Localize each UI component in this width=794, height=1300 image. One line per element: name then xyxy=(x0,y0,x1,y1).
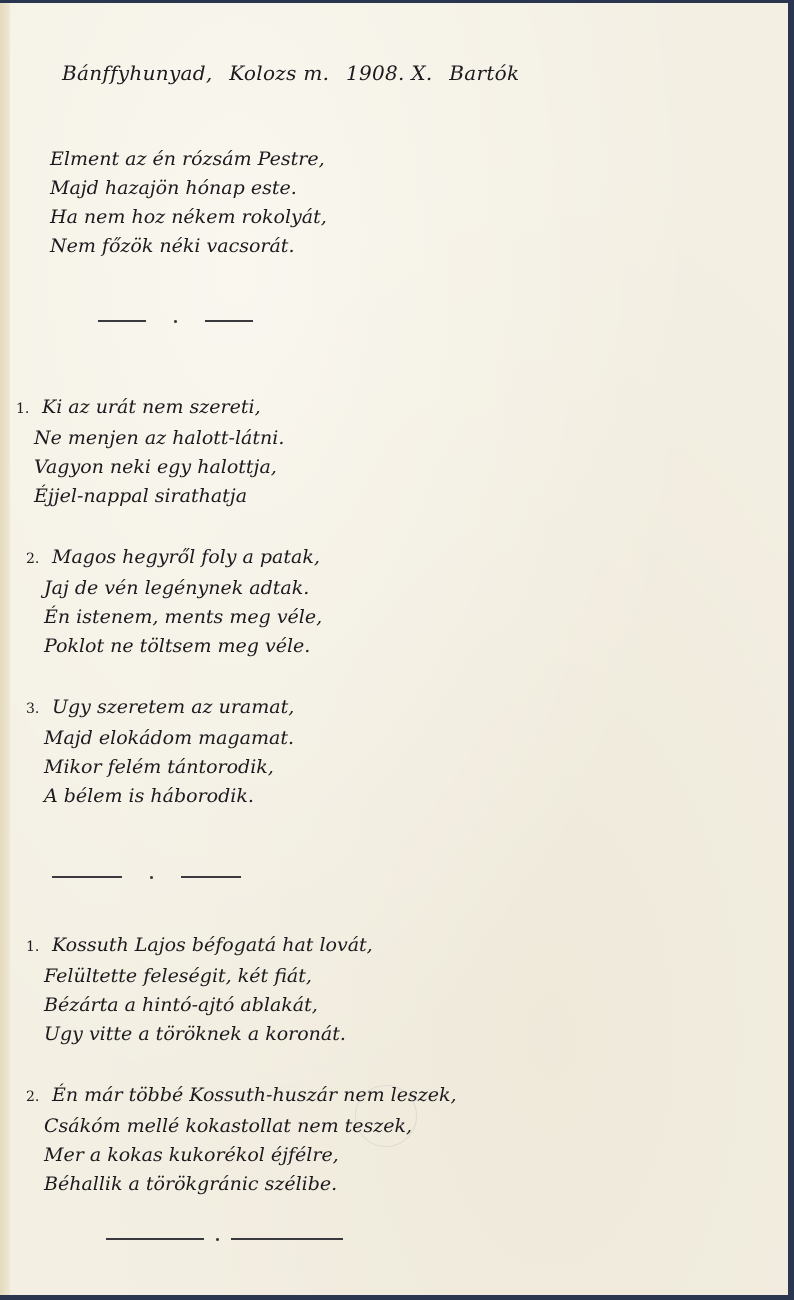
stanza-number: 3. xyxy=(26,695,52,724)
header-line: Bánffyhunyad, Kolozs m. 1908. X. Bartók xyxy=(62,61,529,85)
separator-dash xyxy=(205,320,253,322)
verse-line: Mikor felém tántorodik, xyxy=(26,753,294,782)
header-date: 1908. X. xyxy=(346,61,433,85)
verse-line: Poklot ne töltsem meg véle. xyxy=(26,632,322,661)
stanza-number: 1. xyxy=(16,395,42,424)
song1-stanza-2: 2.Magos hegyről foly a patak, Jaj de vén… xyxy=(26,543,322,661)
section-separator xyxy=(98,315,253,327)
verse-line: Ne menjen az halott-látni. xyxy=(16,424,284,453)
verse-line: Felültette feleségit, két fiát, xyxy=(26,962,373,991)
separator-dot xyxy=(150,876,153,879)
verse-line: Magos hegyről foly a patak, xyxy=(52,546,320,568)
verse-line: Elment az én rózsám Pestre, xyxy=(50,145,327,174)
separator-dash xyxy=(98,320,146,322)
separator-dash xyxy=(106,1238,204,1240)
stanza-number: 1. xyxy=(26,933,52,962)
verse-line: Nem főzök néki vacsorát. xyxy=(50,232,327,261)
song1-stanza-1: 1.Ki az urát nem szereti, Ne menjen az h… xyxy=(16,393,284,511)
separator-dash xyxy=(52,876,122,878)
header-place: Bánffyhunyad, xyxy=(62,61,213,85)
separator-dot xyxy=(216,1238,219,1241)
page-edge xyxy=(0,3,10,1295)
header-county: Kolozs m. xyxy=(229,61,329,85)
verse-line: Jaj de vén legénynek adtak. xyxy=(26,574,322,603)
header-author: Bartók xyxy=(449,61,519,85)
verse-line: A bélem is háborodik. xyxy=(26,782,294,811)
verse-line: Vagyon neki egy halottja, xyxy=(16,453,284,482)
verse-line: Béhallik a törökgránic szélibe. xyxy=(26,1170,457,1199)
section-separator xyxy=(52,871,241,883)
verse-line: Ki az urát nem szereti, xyxy=(42,396,261,418)
verse-line: Bézárta a hintó-ajtó ablakát, xyxy=(26,991,373,1020)
song2-stanza-1: 1.Kossuth Lajos béfogatá hat lovát, Felü… xyxy=(26,931,373,1049)
separator-dash xyxy=(181,876,241,878)
separator-dot xyxy=(174,320,177,323)
verse-line: Ugy vitte a töröknek a koronát. xyxy=(26,1020,373,1049)
intro-stanza: Elment az én rózsám Pestre, Majd hazajön… xyxy=(50,145,327,261)
faint-stamp xyxy=(355,1085,417,1147)
verse-line: Kossuth Lajos béfogatá hat lovát, xyxy=(52,934,373,956)
verse-line: Én istenem, ments meg véle, xyxy=(26,603,322,632)
verse-line: Ugy szeretem az uramat, xyxy=(52,696,294,718)
stanza-number: 2. xyxy=(26,545,52,574)
verse-line: Éjjel-nappal sirathatja xyxy=(16,482,284,511)
song1-stanza-3: 3.Ugy szeretem az uramat, Majd elokádom … xyxy=(26,693,294,811)
section-separator xyxy=(106,1233,343,1245)
stanza-number: 2. xyxy=(26,1083,52,1112)
verse-line: Majd hazajön hónap este. xyxy=(50,174,327,203)
separator-dash xyxy=(231,1238,343,1240)
verse-line: Majd elokádom magamat. xyxy=(26,724,294,753)
verse-line: Ha nem hoz nékem rokolyát, xyxy=(50,203,327,232)
manuscript-page: Bánffyhunyad, Kolozs m. 1908. X. Bartók … xyxy=(0,3,788,1295)
